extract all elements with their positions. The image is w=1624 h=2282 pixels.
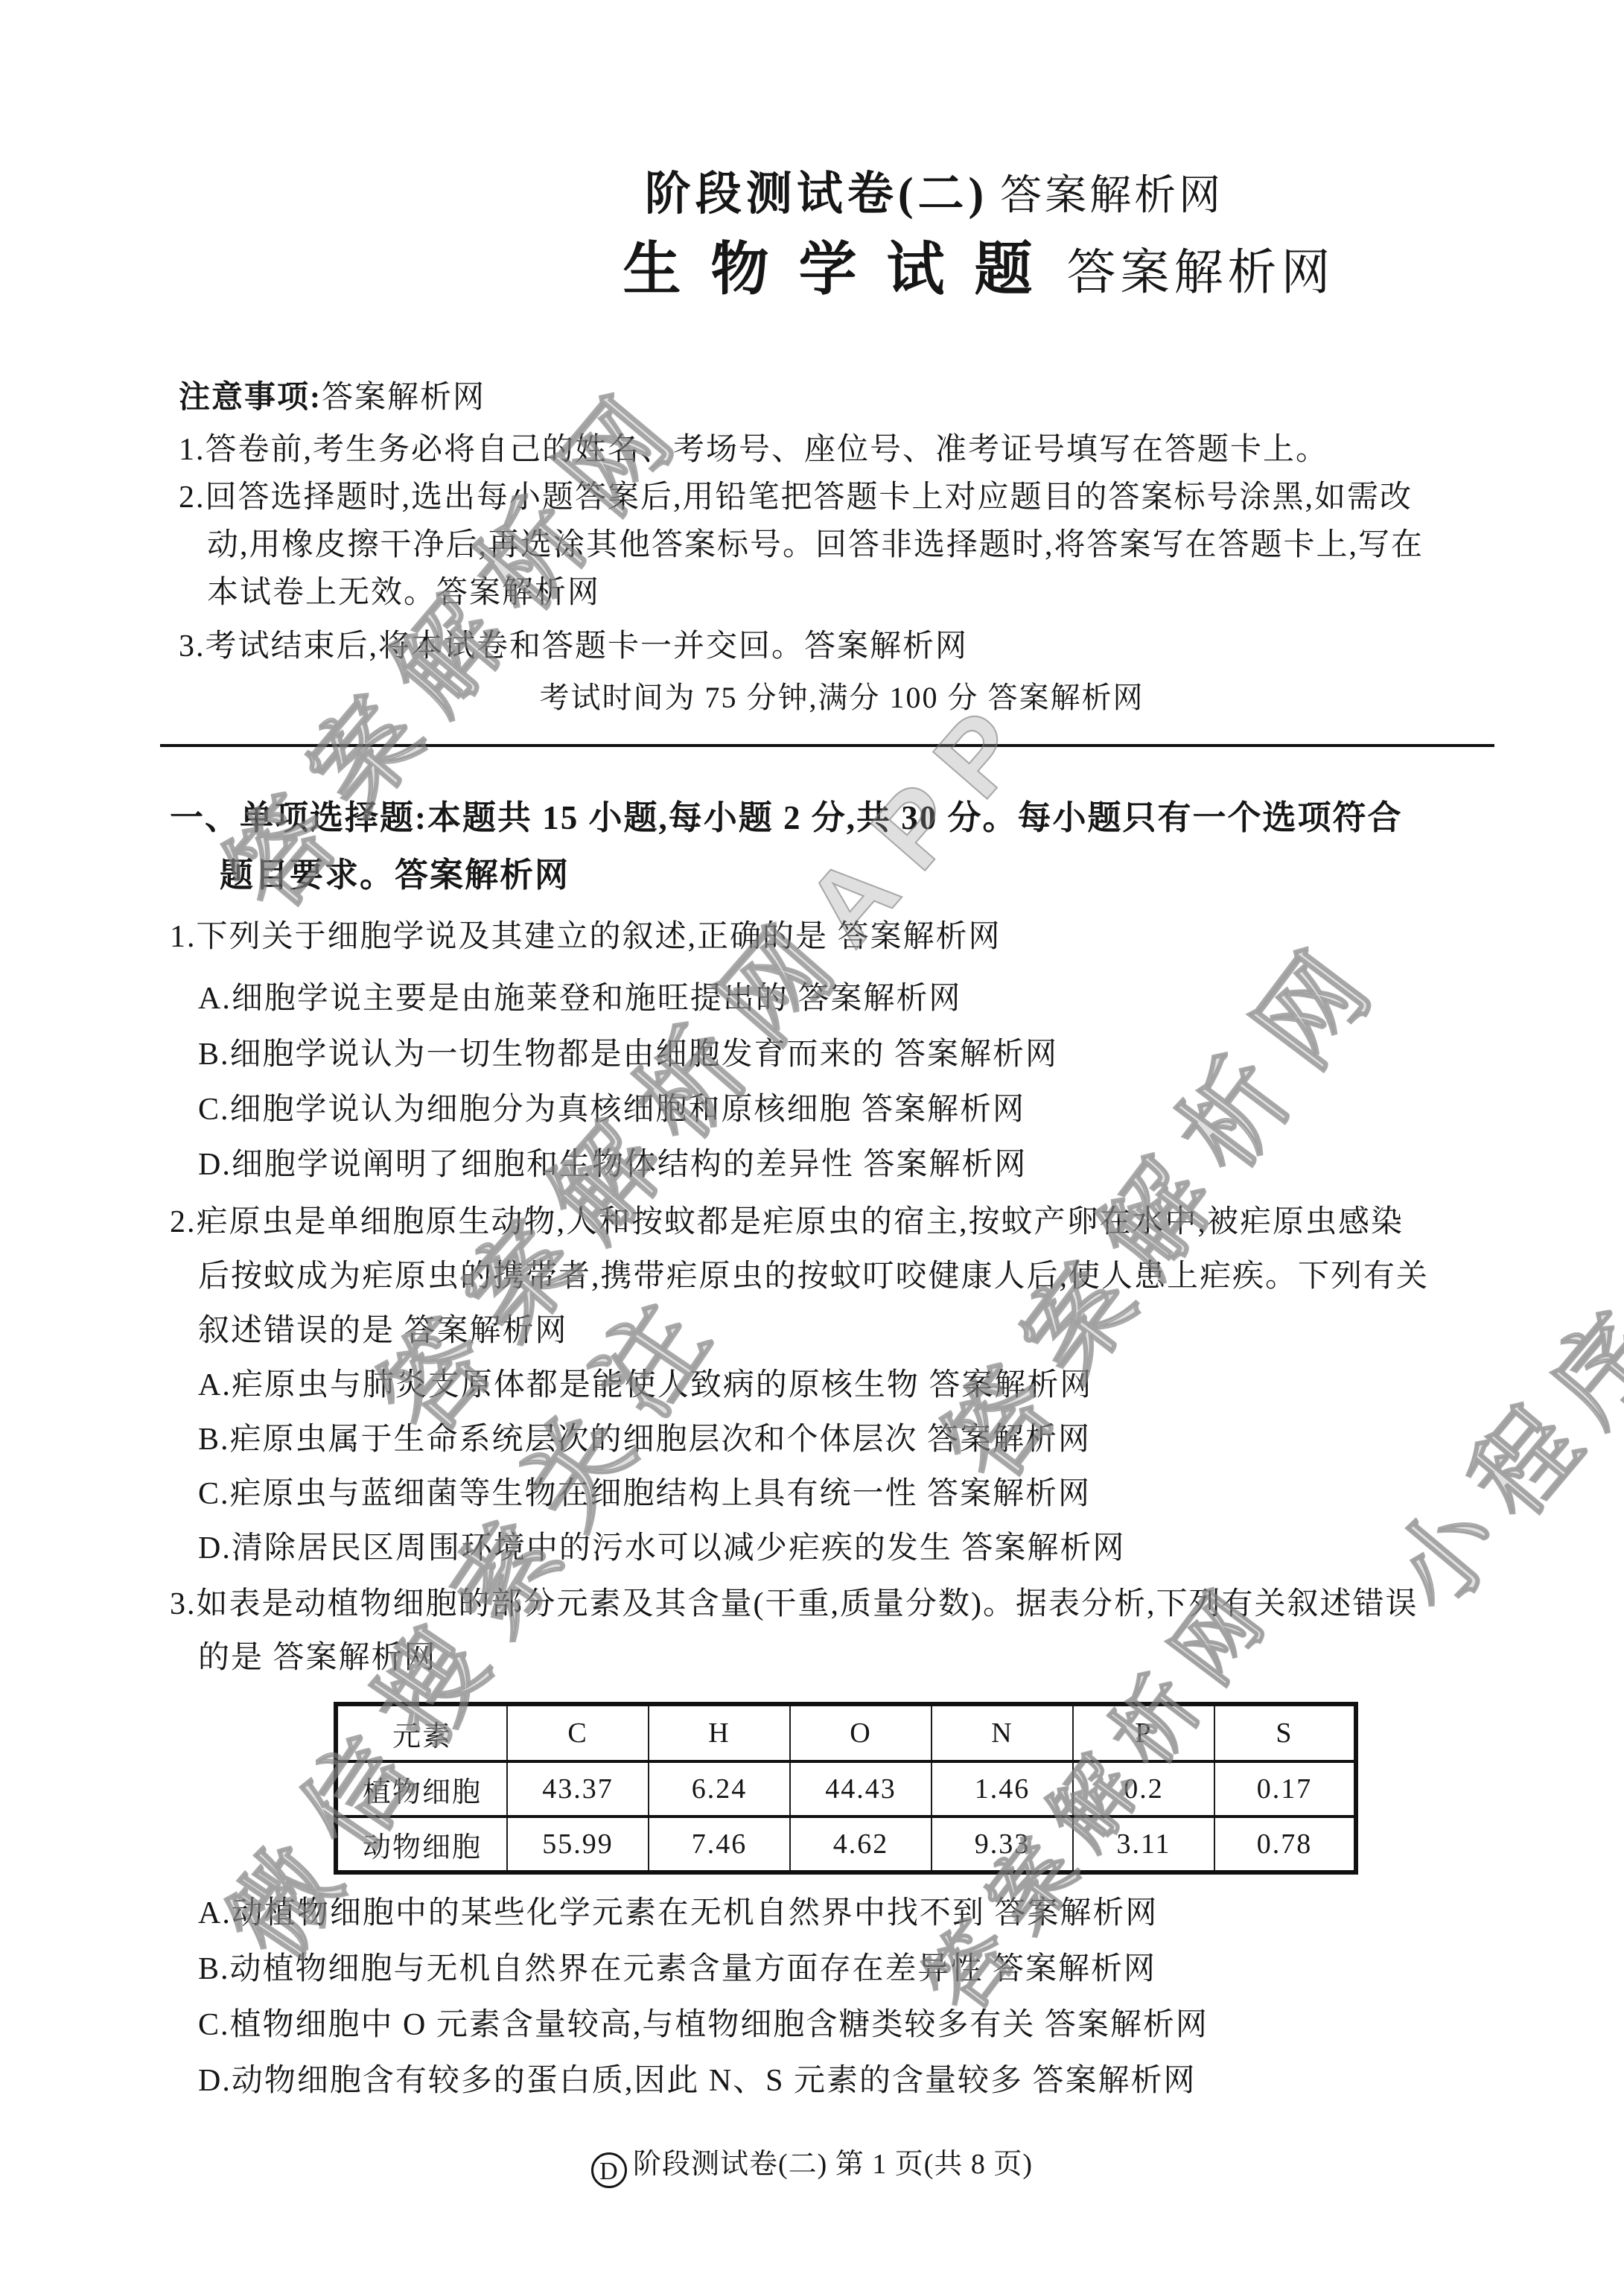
table-cell: 55.99 xyxy=(507,1817,649,1872)
exam-paper-page: 阶段测试卷(二)答案解析网 生物学试题答案解析网 注意事项:答案解析网 1.答卷… xyxy=(0,0,1624,2282)
question-1-option-b: B.细胞学说认为一切生物都是由细胞发育而来的 答案解析网 xyxy=(198,1035,1058,1074)
page-footer: D阶段测试卷(二) 第 1 页(共 8 页) xyxy=(0,2145,1624,2188)
circled-d-edition-mark: D xyxy=(591,2152,627,2188)
question-3-option-c: C.植物细胞中 O 元素含量较高,与植物细胞含糖类较多有关 答案解析网 xyxy=(198,2006,1209,2044)
exam-subtitle: 阶段测试卷(二) xyxy=(645,169,988,220)
notice-heading-suffix: 答案解析网 xyxy=(322,381,485,415)
table-cell: 44.43 xyxy=(790,1761,932,1817)
diagonal-watermark: 小程序 xyxy=(1353,1261,1624,1636)
table-header-row: 元素 C H O N P S xyxy=(336,1704,1356,1761)
table-header-cell: N xyxy=(932,1704,1073,1761)
notice-heading: 注意事项: xyxy=(179,381,322,415)
question-2-option-a: A.疟原虫与肺炎支原体都是能使人致病的原核生物 答案解析网 xyxy=(198,1366,1092,1405)
notice-item-1: 1.答卷前,考生务必将自己的姓名、考场号、座位号、准考证号填写在答题卡上。 xyxy=(179,430,1328,469)
question-3-stem-line-1: 3.如表是动植物细胞的部分元素及其含量(干重,质量分数)。据表分析,下列有关叙述… xyxy=(170,1585,1418,1624)
table-cell: 6.24 xyxy=(649,1761,790,1817)
question-1-stem: 1.下列关于细胞学说及其建立的叙述,正确的是 答案解析网 xyxy=(170,918,1002,956)
table-header-cell: P xyxy=(1073,1704,1214,1761)
table-cell: 植物细胞 xyxy=(336,1761,507,1817)
table-cell: 9.33 xyxy=(932,1817,1073,1872)
table-header-cell: O xyxy=(790,1704,932,1761)
question-3-option-a: A.动植物细胞中的某些化学元素在无机自然界中找不到 答案解析网 xyxy=(198,1894,1158,1933)
elements-content-table: 元素 C H O N P S 植物细胞 43.37 6.24 44.43 1.4… xyxy=(334,1702,1358,1875)
table-cell: 动物细胞 xyxy=(336,1817,507,1872)
notice-item-3: 3.考试结束后,将本试卷和答题卡一并交回。答案解析网 xyxy=(179,627,968,666)
table-cell: 0.2 xyxy=(1073,1761,1214,1817)
question-2-stem-line-2: 后按蚊成为疟原虫的携带者,携带疟原虫的按蚊叮咬健康人后,使人患上疟疾。下列有关 xyxy=(198,1257,1429,1296)
table-header-cell: 元素 xyxy=(336,1704,507,1761)
table-header-cell: H xyxy=(649,1704,790,1761)
question-3-option-b: B.动植物细胞与无机自然界在元素含量方面存在差异性 答案解析网 xyxy=(198,1950,1156,1989)
table-cell: 3.11 xyxy=(1073,1817,1214,1872)
table-row-plant-cell: 植物细胞 43.37 6.24 44.43 1.46 0.2 0.17 xyxy=(336,1761,1356,1817)
table-cell: 43.37 xyxy=(507,1761,649,1817)
exam-title-watermark-suffix: 答案解析网 xyxy=(1067,246,1335,300)
table-cell: 0.17 xyxy=(1214,1761,1356,1817)
table-header-cell: S xyxy=(1214,1704,1356,1761)
table-cell: 0.78 xyxy=(1214,1817,1356,1872)
table-cell: 7.46 xyxy=(649,1817,790,1872)
section-divider-rule xyxy=(160,744,1494,747)
question-1-option-c: C.细胞学说认为细胞分为真核细胞和原核细胞 答案解析网 xyxy=(198,1090,1025,1129)
section-header-line-1: 一、单项选择题:本题共 15 小题,每小题 2 分,共 30 分。每小题只有一个… xyxy=(170,798,1403,837)
table-cell: 1.46 xyxy=(932,1761,1073,1817)
notice-item-2-line-2: 动,用橡皮擦干净后,再选涂其他答案标号。回答非选择题时,将答案写在答题卡上,写在 xyxy=(207,526,1424,565)
notice-item-2-line-3: 本试卷上无效。答案解析网 xyxy=(207,573,600,612)
table-row-animal-cell: 动物细胞 55.99 7.46 4.62 9.33 3.11 0.78 xyxy=(336,1817,1356,1872)
exam-subtitle-watermark-suffix: 答案解析网 xyxy=(1000,173,1223,219)
question-3-option-d: D.动物细胞含有较多的蛋白质,因此 N、S 元素的含量较多 答案解析网 xyxy=(198,2062,1197,2100)
exam-time-line: 考试时间为 75 分钟,满分 100 分 答案解析网 xyxy=(30,678,1624,717)
question-2-option-c: C.疟原虫与蓝细菌等生物在细胞结构上具有统一性 答案解析网 xyxy=(198,1475,1091,1513)
question-1-option-a: A.细胞学说主要是由施莱登和施旺提出的 答案解析网 xyxy=(198,979,961,1018)
exam-title: 生物学试题 xyxy=(622,237,1062,302)
question-1-option-d: D.细胞学说阐明了细胞和生物体结构的差异性 答案解析网 xyxy=(198,1145,1027,1184)
question-2-stem-line-1: 2.疟原虫是单细胞原生动物,人和按蚊都是疟原虫的宿主,按蚊产卵在水中,被疟原虫感… xyxy=(170,1203,1404,1242)
question-2-option-b: B.疟原虫属于生命系统层次的细胞层次和个体层次 答案解析网 xyxy=(198,1420,1091,1459)
section-header-line-2: 题目要求。答案解析网 xyxy=(220,856,570,894)
question-2-option-d: D.清除居民区周围环境中的污水可以减少疟疾的发生 答案解析网 xyxy=(198,1529,1125,1568)
notice-item-2-line-1: 2.回答选择题时,选出每小题答案后,用铅笔把答题卡上对应题目的答案标号涂黑,如需… xyxy=(179,478,1413,517)
question-3-stem-line-2: 的是 答案解析网 xyxy=(198,1639,437,1677)
exam-title-line: 生物学试题答案解析网 xyxy=(0,237,1624,306)
exam-subtitle-line: 阶段测试卷(二)答案解析网 xyxy=(0,168,1624,222)
page-footer-text: 阶段测试卷(二) 第 1 页(共 8 页) xyxy=(633,2149,1033,2180)
question-2-stem-line-3: 叙述错误的是 答案解析网 xyxy=(198,1312,568,1350)
notice-heading-line: 注意事项:答案解析网 xyxy=(179,378,485,417)
table-cell: 4.62 xyxy=(790,1817,932,1872)
table-header-cell: C xyxy=(507,1704,649,1761)
